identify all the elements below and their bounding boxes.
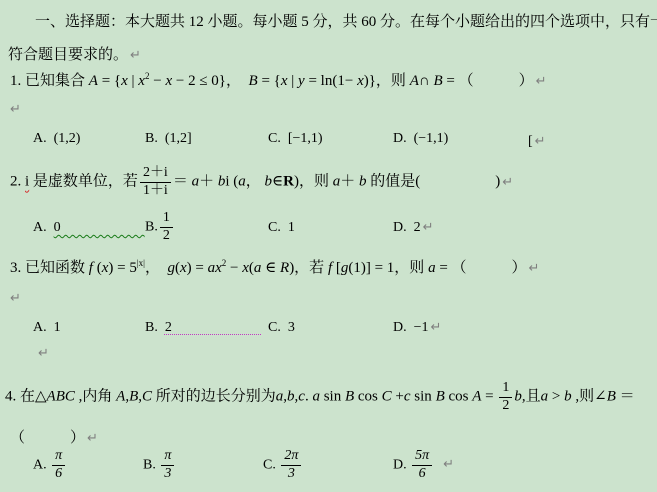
section-header-line2: 符合题目要求的。↵ bbox=[8, 45, 141, 66]
fraction: π6 bbox=[52, 449, 65, 481]
fraction: 2π3 bbox=[281, 449, 301, 481]
paragraph-mark-icon: ↵ bbox=[38, 346, 49, 361]
empty-paragraph-mark-icon: ↵ bbox=[36, 343, 49, 364]
paragraph-mark-icon: ↵ bbox=[423, 220, 434, 235]
document-page[interactable]: 一、选择题：本大题共 12 小题。每小题 5 分，共 60 分。在每个小题给出的… bbox=[0, 0, 657, 492]
q2-option-d: D. 2↵ bbox=[393, 217, 434, 238]
fraction: 2＋i1＋i bbox=[140, 166, 171, 198]
fraction: 12 bbox=[499, 381, 512, 413]
question-2-stem: 2. i 是虚数单位，若2＋i1＋i＝ a＋ bi (a， b∈R)，则 a＋ … bbox=[10, 166, 513, 198]
fraction: π3 bbox=[161, 449, 174, 481]
q1-option-a: A. (1,2) bbox=[33, 128, 80, 149]
paragraph-mark-icon: ↵ bbox=[535, 134, 546, 149]
q4-option-b: B. π3 bbox=[143, 449, 176, 481]
q3-option-b: B. 2 bbox=[145, 317, 263, 338]
paragraph-mark-icon: ↵ bbox=[536, 74, 547, 89]
q4-answer-parens: （ ）↵ bbox=[10, 428, 98, 449]
paragraph-mark-icon: ↵ bbox=[431, 320, 442, 335]
q1-option-d: D. (−1,1) bbox=[393, 128, 448, 149]
q3-option-c: C. 3 bbox=[268, 317, 295, 338]
header-text: 符合题目要求的。 bbox=[8, 47, 128, 63]
fraction: 5π6 bbox=[412, 449, 432, 481]
paragraph-mark-icon: ↵ bbox=[10, 291, 21, 306]
section-header-line1: 一、选择题：本大题共 12 小题。每小题 5 分，共 60 分。在每个小题给出的… bbox=[35, 12, 657, 33]
q2-option-c: C. 1 bbox=[268, 217, 295, 238]
paragraph-mark-icon: ↵ bbox=[130, 48, 141, 63]
green-wavy-underline: 0 bbox=[54, 220, 145, 235]
empty-paragraph-mark-icon: ↵ bbox=[8, 288, 21, 309]
q3-option-d: D. −1↵ bbox=[393, 317, 441, 338]
q2-option-b: B.12 bbox=[145, 211, 175, 243]
q4-option-c: C. 2π3 bbox=[263, 449, 303, 481]
q1-stray-bracket: [↵ bbox=[528, 131, 546, 152]
q1-option-b: B. (1,2] bbox=[145, 128, 192, 149]
purple-dot-underline: 2 bbox=[165, 320, 263, 335]
question-1-stem: 1. 已知集合 A = {x | x2 − x − 2 ≤ 0}， B = {x… bbox=[10, 71, 547, 93]
q4-option-d: D. 5π6 ↵ bbox=[393, 449, 454, 481]
empty-paragraph-mark-icon: ↵ bbox=[8, 99, 21, 120]
q4-option-a: A. π6 bbox=[33, 449, 67, 481]
fraction: 12 bbox=[160, 211, 173, 243]
paragraph-mark-icon: ↵ bbox=[502, 175, 513, 190]
question-3-stem: 3. 已知函数 f (x) = 5|x|， g(x) = ax2 − x(a ∈… bbox=[10, 258, 539, 280]
paragraph-mark-icon: ↵ bbox=[87, 431, 98, 446]
paragraph-mark-icon: ↵ bbox=[10, 102, 21, 117]
q3-option-a: A. 1 bbox=[33, 317, 61, 338]
q1-option-c: C. [−1,1) bbox=[268, 128, 323, 149]
paragraph-mark-icon: ↵ bbox=[443, 457, 454, 472]
q2-option-a: A. 0 bbox=[33, 217, 145, 238]
paragraph-mark-icon: ↵ bbox=[529, 261, 540, 276]
question-4-stem: 4. 在△ABC ,内角 A,B,C 所对的边长分别为a,b,c. a sin … bbox=[5, 381, 635, 413]
